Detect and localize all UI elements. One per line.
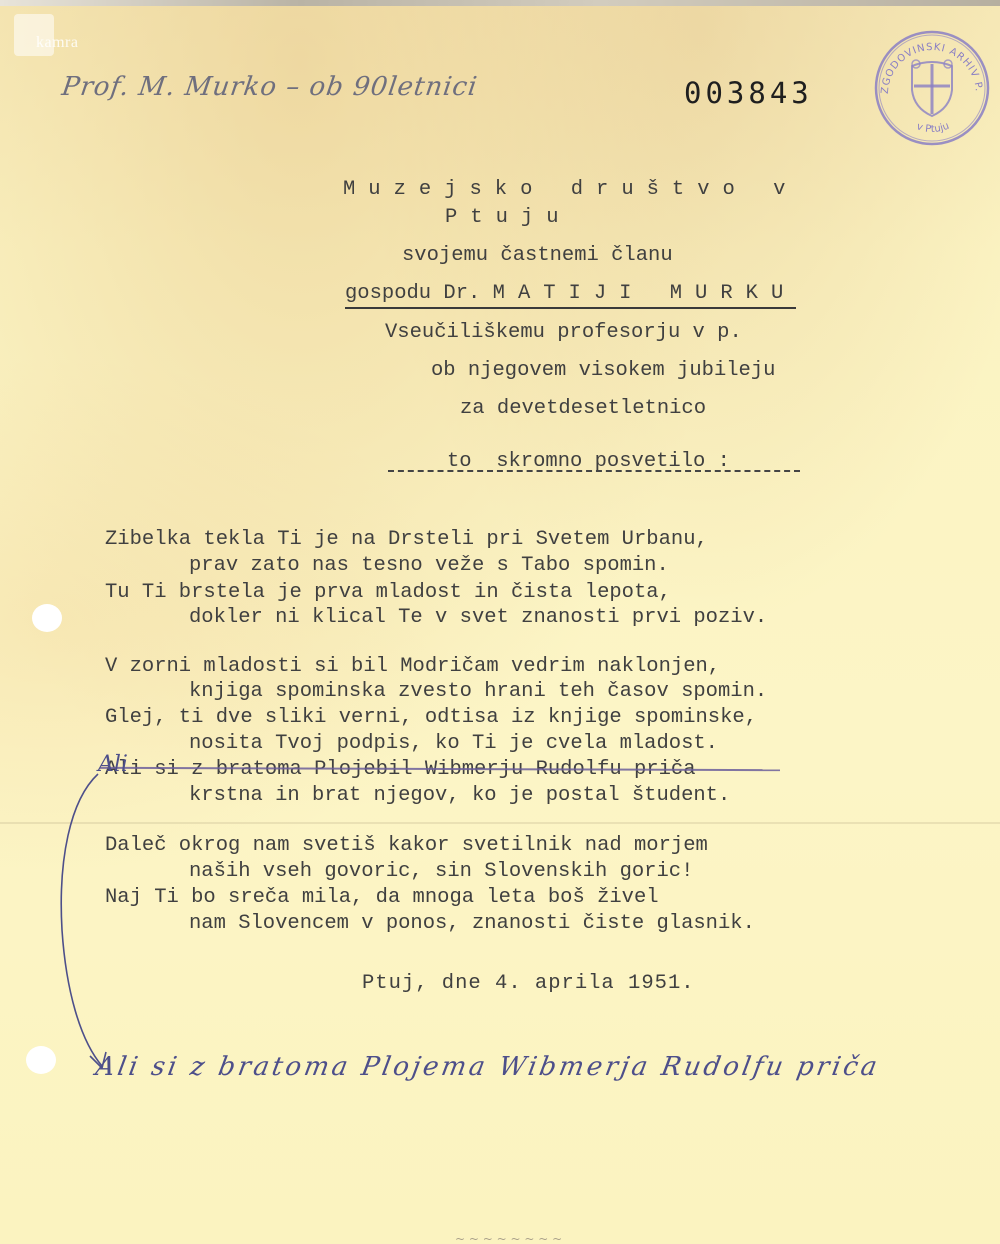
faint-bottom-text: ~ ~ ~ ~ ~ ~ ~ ~ <box>455 1232 562 1244</box>
poem-line: krstna in brat njegov, ko je postal štud… <box>189 786 730 807</box>
archive-stamp-icon: ZGODOVINSKI ARHIV P. v Ptuju <box>872 28 992 148</box>
poem-line: dokler ni klical Te v svet znanosti prvi… <box>189 608 767 629</box>
poem-line: Naj Ti bo sreča mila, da mnoga leta boš … <box>105 888 659 909</box>
poem-line: Tu Ti brstela je prva mladost in čista l… <box>105 583 671 604</box>
poem-line: Daleč okrog nam svetiš kakor svetilnik n… <box>105 836 708 857</box>
heading-recipient-name: MATIJI MURKU <box>493 282 797 305</box>
heading-title: Vseučiliškemu profesorju v p. <box>385 323 742 344</box>
punch-hole-lower <box>26 1046 56 1074</box>
heading-town: Ptuju <box>445 208 572 229</box>
poem-line: naših vseh govoric, sin Slovenskih goric… <box>189 862 693 883</box>
handwritten-correction: Ali <box>98 752 128 777</box>
heading-dedication: svojemu častnemi članu <box>402 246 673 267</box>
poem-line: nam Slovencem v ponos, znanosti čiste gl… <box>189 914 755 935</box>
svg-text:v Ptuju: v Ptuju <box>915 121 951 136</box>
handwritten-header: Prof. M. Murko – ob 90letnici <box>60 72 480 102</box>
dashed-divider <box>388 470 800 472</box>
heading-recipient-prefix: gospodu Dr. <box>345 282 480 305</box>
poem-line: knjiga spominska zvesto hrani teh časov … <box>189 682 767 703</box>
poem-line: nosita Tvoj podpis, ko Ti je cvela mlado… <box>189 734 718 755</box>
heading-anniversary: za devetdesetletnico <box>460 399 706 420</box>
punch-hole-upper <box>32 604 62 632</box>
watermark-text: kamra <box>36 34 78 52</box>
handwritten-bottom-note: Ali si z bratoma Plojema Wibmerja Rudolf… <box>93 1052 882 1082</box>
heading-occasion: ob njegovem visokem jubileju <box>431 361 775 382</box>
poem-line: Glej, ti dve sliki verni, odtisa iz knji… <box>105 708 757 729</box>
heading-society-name: Muzejsko društvo v <box>343 180 798 201</box>
stamp-bottom-text: v Ptuju <box>915 121 951 136</box>
paper-fold-line <box>0 822 1000 824</box>
heading-recipient: gospodu Dr. MATIJI MURKU <box>345 284 796 309</box>
poem-line: V zorni mladosti si bil Modričam vedrim … <box>105 657 720 678</box>
poem-line: Zibelka tekla Ti je na Drsteli pri Svete… <box>105 530 708 551</box>
document-number: 003843 <box>684 76 813 110</box>
poem-line: prav zato nas tesno veže s Tabo spomin. <box>189 556 669 577</box>
closing-place-date: Ptuj, dne 4. aprila 1951. <box>362 974 695 995</box>
paper-top-edge <box>0 0 1000 6</box>
